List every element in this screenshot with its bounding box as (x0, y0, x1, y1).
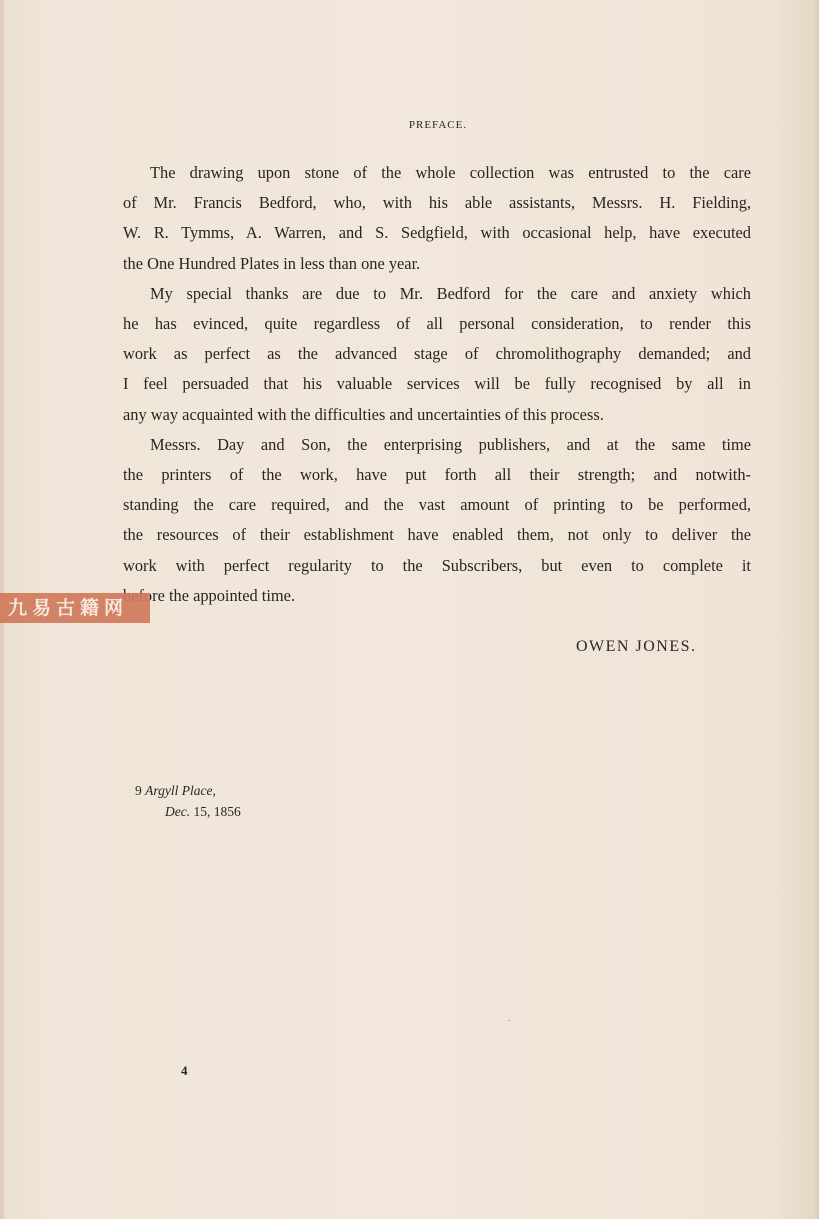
text-line: W. R. Tymms, A. Warren, and S. Sedgfield… (96, 218, 751, 248)
paragraph-1: The drawing upon stone of the whole coll… (123, 158, 751, 279)
text-line: My special thanks are due to Mr. Bedford… (123, 279, 751, 309)
page-edge-right (813, 0, 819, 1219)
text-line: the resources of their establishment hav… (96, 520, 751, 550)
address-number: 9 (135, 783, 142, 798)
date: 15, 1856 (193, 804, 240, 819)
watermark-banner: 九易古籍网 (0, 593, 150, 623)
page: PREFACE. The drawing upon stone of the w… (0, 0, 819, 1219)
text-line: work as perfect as the advanced stage of… (96, 339, 751, 369)
preface-body: The drawing upon stone of the whole coll… (123, 158, 751, 611)
running-head: PREFACE. (0, 119, 819, 131)
text-line: Messrs. Day and Son, the enterprising pu… (123, 430, 751, 460)
text-line: standing the care required, and the vast… (96, 490, 751, 520)
text-line: The drawing upon stone of the whole coll… (123, 158, 751, 188)
text-line: work with perfect regularity to the Subs… (96, 551, 751, 581)
text-line: I feel persuaded that his valuable servi… (96, 369, 751, 399)
date-line: Dec. 15, 1856 (135, 801, 241, 822)
text-line: the printers of the work, have put forth… (96, 460, 751, 490)
signature: OWEN JONES. (576, 638, 697, 656)
text-line: he has evinced, quite regardless of all … (96, 309, 751, 339)
date-prefix: Dec. (165, 804, 190, 819)
text-line: any way acquainted with the difficulties… (96, 400, 751, 430)
paragraph-3: Messrs. Day and Son, the enterprising pu… (123, 430, 751, 611)
address-street: Argyll Place, (145, 783, 216, 798)
address-line: 9 Argyll Place, (135, 780, 241, 801)
paragraph-2: My special thanks are due to Mr. Bedford… (123, 279, 751, 430)
text-line: before the appointed time. (96, 581, 751, 611)
text-line: the One Hundred Plates in less than one … (96, 249, 751, 279)
address-block: 9 Argyll Place, Dec. 15, 1856 (135, 780, 241, 822)
paper-speck (508, 1020, 510, 1021)
text-line: of Mr. Francis Bedford, who, with his ab… (96, 188, 751, 218)
page-number: 4 (181, 1063, 188, 1079)
